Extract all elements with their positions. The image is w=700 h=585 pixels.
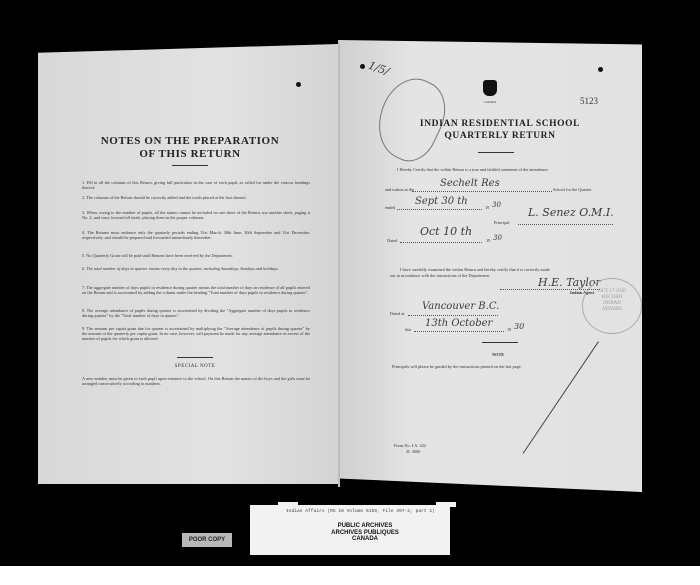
archive-label-tab (436, 502, 456, 507)
this-date-field (414, 331, 504, 332)
dated-at-label: Dated at (390, 311, 404, 316)
special-note-text: A new number must be given to each pupil… (82, 376, 310, 386)
dated-label: Dated (387, 238, 397, 243)
principal-field (518, 224, 613, 225)
notes-title-line2: OF THIS RETURN (80, 148, 300, 161)
year-value: 30 (492, 201, 501, 209)
note-2: 2. The columns of the Return should be c… (82, 195, 310, 200)
archive-line3: CANADA (250, 536, 480, 543)
archive-institution: PUBLIC ARCHIVES ARCHIVES PUBLIQUES CANAD… (250, 523, 480, 543)
this-date-value: 13th October (425, 318, 492, 329)
this-label: this (405, 327, 411, 332)
footer-bar (0, 566, 700, 585)
year-prefix: 19 (507, 327, 511, 332)
form-number: Form No. I.A. 422 (394, 443, 426, 448)
year-value: 30 (493, 234, 502, 242)
special-note-title: SPECIAL NOTE (80, 364, 310, 369)
return-title: INDIAN RESIDENTIAL SCHOOL QUARTERLY RETU… (400, 118, 600, 142)
notes-title: NOTES ON THE PREPARATION OF THIS RETURN (80, 135, 300, 161)
note-7: 7. The aggregate number of days pupils i… (82, 285, 310, 295)
note-6: 6. The total number of days in quarter m… (82, 266, 310, 271)
punch-hole (598, 67, 603, 72)
school-name-value: Sechelt Res (440, 178, 500, 189)
ended-date-field (397, 209, 482, 210)
principal-signature: L. Senez O.M.I. (528, 206, 614, 219)
page-fold (338, 42, 340, 487)
agent-certify-line2: out in accordance with the instructions … (390, 273, 490, 278)
divider-rule (177, 357, 213, 358)
archive-label-tab (278, 502, 298, 507)
return-title-line2: QUARTERLY RETURN (400, 130, 600, 142)
poor-copy-label: POOR COPY (182, 533, 232, 547)
tuition-label: and tuition at the (385, 187, 414, 192)
note-9: 9. The amount per capita grant due for q… (82, 326, 310, 342)
dated-at-value: Vancouver B.C. (422, 301, 499, 312)
ended-label: ended (385, 205, 395, 210)
note-title: NOTE (492, 352, 504, 357)
agent-certify-line1: I have carefully examined the within Ret… (400, 267, 550, 272)
crest-label: CANADA (478, 100, 502, 104)
note-5: 5. No Quarterly Grant will be paid until… (82, 253, 310, 258)
received-stamp: OCT 17 1930 RECORD INDIAN AFFAIRS (582, 278, 642, 334)
dated-at-field (408, 315, 498, 316)
year-prefix: 19 (486, 238, 490, 243)
note-1: 1. Fill in all the columns of this Retur… (82, 180, 310, 190)
notes-title-line1: NOTES ON THE PREPARATION (80, 135, 300, 148)
note-text: Principals will please be guided by the … (392, 364, 522, 369)
stamp-line: AFFAIRS (583, 307, 641, 313)
year-prefix: 19 (485, 205, 489, 210)
punch-hole (360, 64, 365, 69)
certify-text: I Hereby Certify that the within Return … (397, 167, 548, 172)
divider-rule (172, 165, 208, 166)
note-8: 8. The average attendance of pupils duri… (82, 308, 310, 318)
canada-crest-icon (483, 80, 497, 96)
school-suffix: School for the Quarter (553, 187, 592, 192)
divider-rule (482, 342, 518, 343)
divider-rule (478, 152, 514, 153)
dated-field (400, 242, 482, 243)
ended-date-value: Sept 30 th (415, 196, 468, 207)
left-page (38, 44, 338, 484)
punch-hole (296, 82, 301, 87)
archive-reference: Indian Affairs (RG 10 Volume 6159, File … (286, 509, 435, 514)
year-value: 30 (514, 322, 524, 331)
document-number: 5123 (580, 96, 598, 106)
form-print-run: 2L 3000 (406, 449, 420, 454)
dated-value: Oct 10 th (420, 225, 472, 238)
principal-label: Principal (494, 220, 510, 225)
note-4: 4. The Returns must embrace only the qua… (82, 230, 310, 240)
note-3: 3. When, owing to the number of pupils, … (82, 210, 310, 220)
return-title-line1: INDIAN RESIDENTIAL SCHOOL (400, 118, 600, 130)
school-name-field (412, 191, 552, 192)
